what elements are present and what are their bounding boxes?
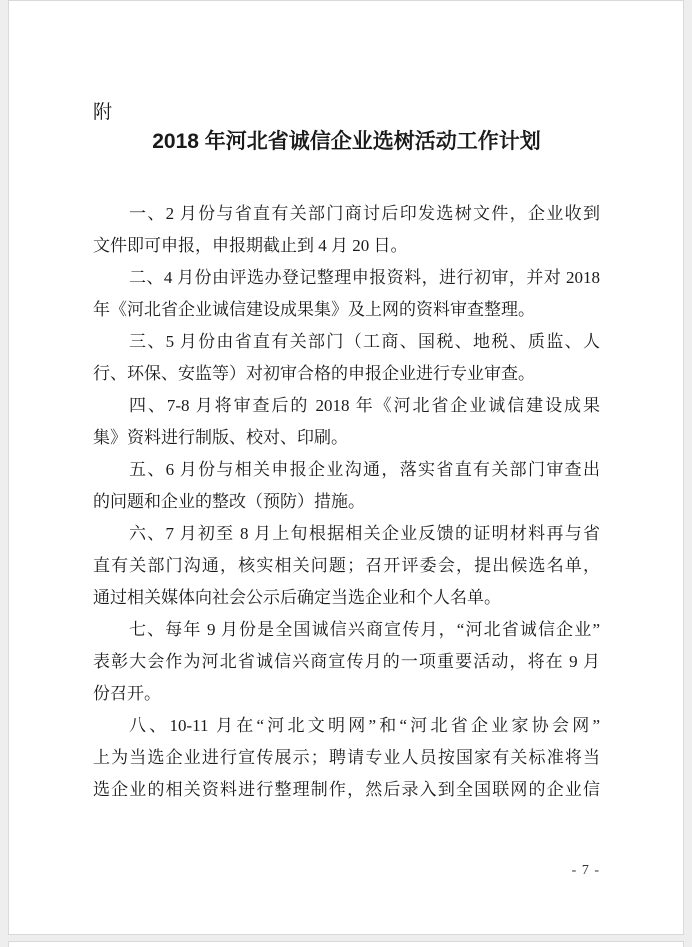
body-line: 七、每年 9 月份是全国诚信兴商宣传月，“河北省诚信企业”: [93, 614, 600, 646]
body-line: 六、7 月初至 8 月上旬根据相关企业反馈的证明材料再与省: [93, 518, 600, 550]
body-line: 通过相关媒体向社会公示后确定当选企业和个人名单。: [93, 582, 600, 614]
body-line: 的问题和企业的整改（预防）措施。: [93, 486, 600, 518]
body-line: 直有关部门沟通，核实相关问题；召开评委会，提出候选名单，: [93, 550, 600, 582]
body-line: 行、环保、安监等）对初审合格的申报企业进行专业审查。: [93, 358, 600, 390]
body-line: 八、10-11 月在“河北文明网”和“河北省企业家协会网”: [93, 710, 600, 742]
body-line: 选企业的相关资料进行整理制作，然后录入到全国联网的企业信: [93, 774, 600, 806]
body-line: 文件即可申报，申报期截止到 4 月 20 日。: [93, 230, 600, 262]
body-line: 二、4 月份由评选办登记整理申报资料，进行初审，并对 2018: [93, 262, 600, 294]
page-number: - 7 -: [93, 859, 600, 883]
body-line: 表彰大会作为河北省诚信兴商宣传月的一项重要活动，将在 9 月: [93, 646, 600, 678]
document-body: 一、2 月份与省直有关部门商讨后印发选树文件，企业收到文件即可申报，申报期截止到…: [93, 198, 600, 806]
body-line: 三、5 月份由省直有关部门（工商、国税、地税、质监、人: [93, 326, 600, 358]
body-line: 份召开。: [93, 678, 600, 710]
body-line: 上为当选企业进行宣传展示；聘请专业人员按国家有关标准将当: [93, 742, 600, 774]
document-viewer: 附 2018 年河北省诚信企业选树活动工作计划 一、2 月份与省直有关部门商讨后…: [0, 0, 692, 947]
document-page: 附 2018 年河北省诚信企业选树活动工作计划 一、2 月份与省直有关部门商讨后…: [8, 0, 684, 935]
body-line: 四、7-8 月将审查后的 2018 年《河北省企业诚信建设成果: [93, 390, 600, 422]
body-line: 年《河北省企业诚信建设成果集》及上网的资料审查整理。: [93, 294, 600, 326]
body-line: 五、6 月份与相关申报企业沟通，落实省直有关部门审查出: [93, 454, 600, 486]
document-title: 2018 年河北省诚信企业选树活动工作计划: [93, 125, 600, 159]
next-page-edge: [8, 941, 684, 947]
body-line: 一、2 月份与省直有关部门商讨后印发选树文件，企业收到: [93, 198, 600, 230]
body-line: 集》资料进行制版、校对、印刷。: [93, 422, 600, 454]
